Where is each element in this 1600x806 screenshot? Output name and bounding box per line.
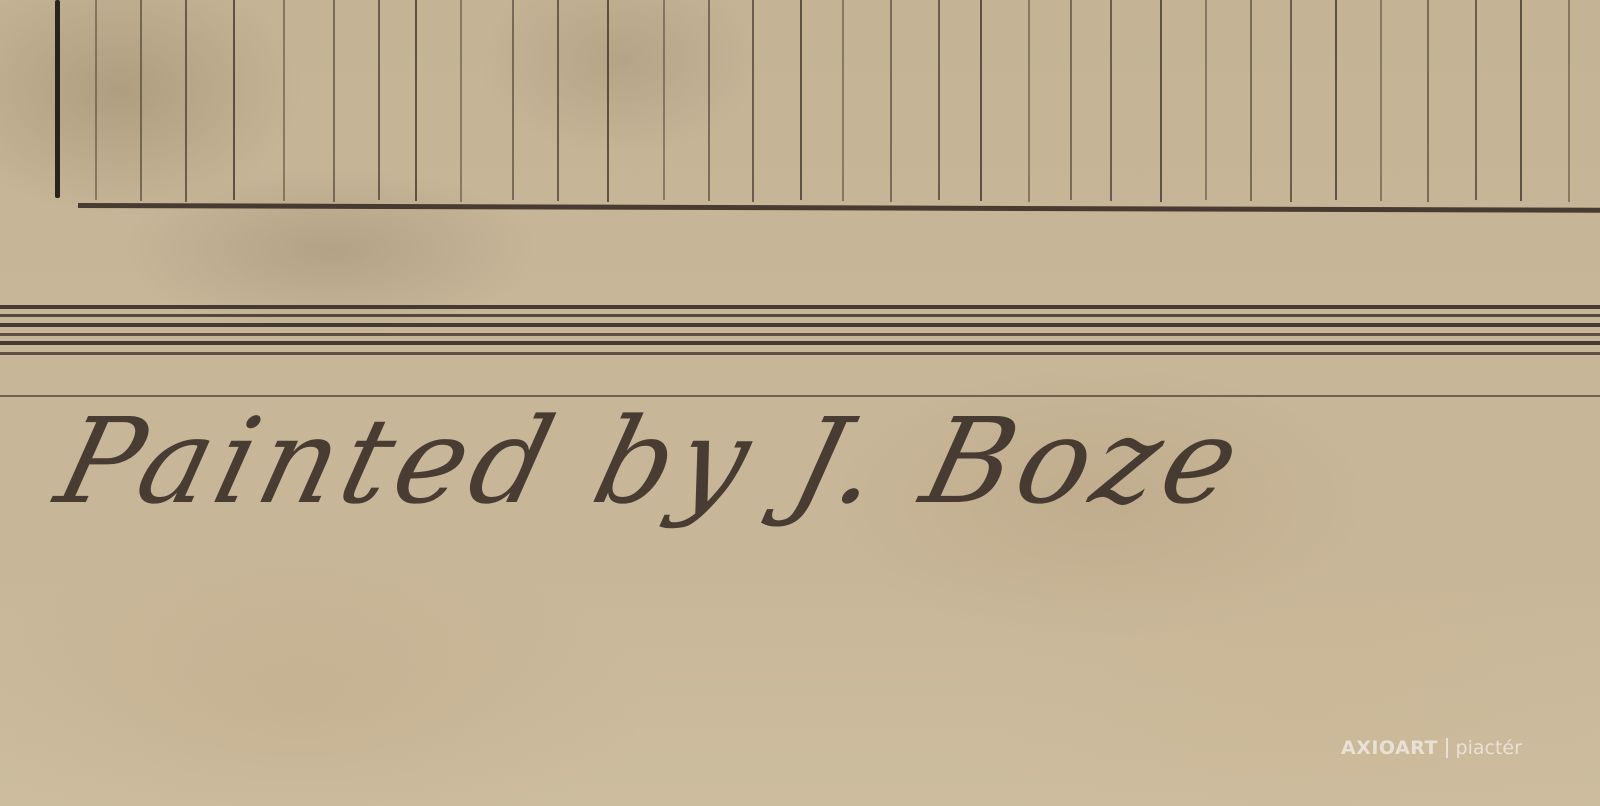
ruled-line	[938, 0, 940, 200]
ruled-line	[1028, 0, 1030, 202]
ruled-line	[1250, 0, 1252, 201]
ruled-line	[185, 0, 187, 202]
ruled-line	[980, 0, 982, 201]
ruled-line	[1160, 0, 1162, 202]
ruled-line	[842, 0, 844, 201]
ruled-line	[512, 0, 514, 200]
horizontal-rule-top	[78, 203, 1600, 213]
watermark-sub: piactér	[1456, 737, 1522, 759]
ruled-line	[607, 0, 609, 202]
watermark-separator	[1446, 738, 1448, 758]
ruled-line	[557, 0, 559, 201]
ruled-line	[415, 0, 417, 201]
watermark: AXIOARTpiactér	[1341, 737, 1522, 759]
ruled-line	[1427, 0, 1429, 202]
ruled-line	[1475, 0, 1477, 200]
ruled-line	[333, 0, 335, 202]
ruled-line	[890, 0, 892, 202]
ruled-line	[752, 0, 754, 202]
engraved-caption: Painted by J. Boze	[45, 392, 1259, 530]
ruled-line	[1290, 0, 1292, 202]
ruled-line	[283, 0, 285, 201]
ruled-line	[663, 0, 665, 200]
ruled-line	[95, 0, 97, 200]
ruled-line	[800, 0, 802, 200]
ruled-line	[1568, 0, 1570, 202]
frame-border-left	[55, 0, 60, 198]
ruled-line	[1070, 0, 1072, 200]
ruled-line	[1205, 0, 1207, 200]
ruled-line	[378, 0, 380, 200]
ruled-line	[140, 0, 142, 201]
ruled-line	[233, 0, 235, 200]
ruled-line	[1335, 0, 1337, 200]
watermark-brand: AXIOART	[1341, 737, 1438, 759]
ruled-line	[1520, 0, 1522, 201]
ruled-line	[1380, 0, 1382, 201]
ruled-line	[708, 0, 710, 201]
engraving-photo: Painted by J. Boze AXIOARTpiactér	[0, 0, 1600, 806]
ruled-line	[460, 0, 462, 202]
ruled-line	[1110, 0, 1112, 201]
